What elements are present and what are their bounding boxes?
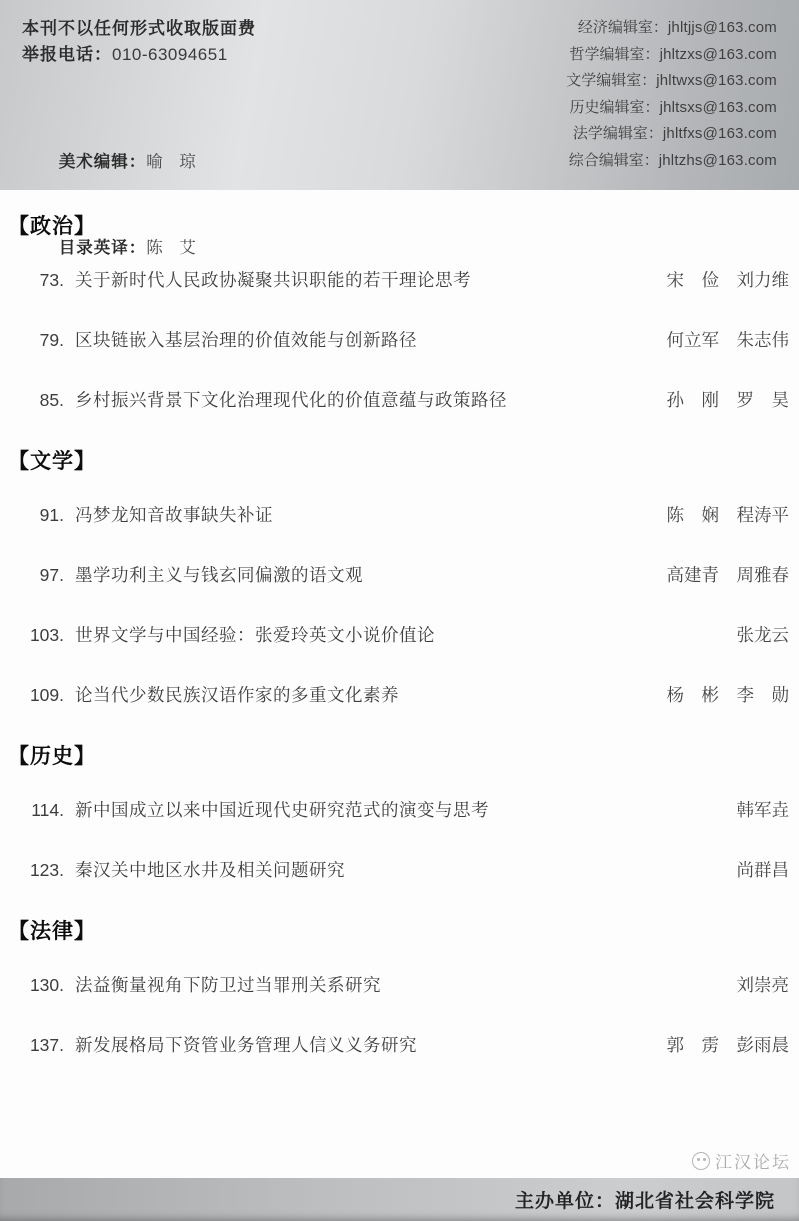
toc-entry: 73. 关于新时代人民政协凝聚共识职能的若干理论思考 宋 俭 刘力维 xyxy=(8,268,789,292)
article-title: 关于新时代人民政协凝聚共识职能的若干理论思考 xyxy=(75,268,471,292)
email-line-economics: 经济编辑室：jhltjjs@163.com xyxy=(566,18,777,38)
article-authors: 高建青 周雅春 xyxy=(655,563,790,587)
article-title: 法益衡量视角下防卫过当罪刑关系研究 xyxy=(75,973,381,997)
article-authors: 何立军 朱志伟 xyxy=(655,328,790,352)
article-title: 世界文学与中国经验：张爱玲英文小说价值论 xyxy=(75,623,435,647)
section-title-history: 【历史】 xyxy=(8,743,789,771)
article-title: 冯梦龙知音故事缺失补证 xyxy=(75,503,273,527)
article-authors: 杨 彬 李 勋 xyxy=(655,683,790,707)
journal-info-header: 本刊不以任何形式收取版面费 举报电话：010-63094651 美术编辑：喻 琼… xyxy=(0,0,799,190)
email-label: 历史编辑室： xyxy=(570,99,660,116)
email-address: jhltzhs@163.com xyxy=(659,152,777,169)
article-title: 新发展格局下资管业务管理人信义义务研究 xyxy=(75,1033,417,1057)
art-editor-label: 美术编辑： xyxy=(59,153,147,171)
page-number: 97. xyxy=(8,563,64,587)
toc-entry: 114. 新中国成立以来中国近现代史研究范式的演变与思考 韩军垚 xyxy=(8,798,789,822)
article-authors: 刘崇亮 xyxy=(725,973,790,997)
page-number: 91. xyxy=(8,503,64,527)
jianghan-forum-logo-icon xyxy=(692,1152,710,1170)
article-title: 秦汉关中地区水井及相关问题研究 xyxy=(75,858,345,882)
page-number: 114. xyxy=(8,798,64,822)
article-title: 论当代少数民族汉语作家的多重文化素养 xyxy=(75,683,399,707)
no-fee-notice: 本刊不以任何形式收取版面费 xyxy=(22,16,256,42)
article-authors: 郭 雳 彭雨晨 xyxy=(655,1033,790,1057)
email-address: jhltjjs@163.com xyxy=(668,19,777,36)
table-of-contents: 【政治】 73. 关于新时代人民政协凝聚共识职能的若干理论思考 宋 俭 刘力维 … xyxy=(0,213,799,1057)
watermark-text: 江汉论坛 xyxy=(715,1148,791,1173)
page-number: 123. xyxy=(8,858,64,882)
email-label: 经济编辑室： xyxy=(578,19,668,36)
toc-entry: 109. 论当代少数民族汉语作家的多重文化素养 杨 彬 李 勋 xyxy=(8,683,789,707)
email-label: 综合编辑室： xyxy=(569,152,659,169)
toc-translator-name: 陈 艾 xyxy=(146,239,196,257)
report-phone-label: 举报电话： xyxy=(22,45,112,64)
article-authors: 韩军垚 xyxy=(725,798,790,822)
toc-entry: 123. 秦汉关中地区水井及相关问题研究 尚群昌 xyxy=(8,858,789,882)
page-number: 73. xyxy=(8,268,64,292)
section-title-law: 【法律】 xyxy=(8,918,789,946)
toc-translator-label: 目录英译： xyxy=(59,239,147,257)
header-spacer xyxy=(22,69,256,119)
email-address: jhltzxs@163.com xyxy=(660,46,777,63)
toc-entry: 103. 世界文学与中国经验：张爱玲英文小说价值论 张龙云 xyxy=(8,623,789,647)
email-line-history: 历史编辑室：jhltsxs@163.com xyxy=(566,98,777,118)
email-address: jhltwxs@163.com xyxy=(656,72,777,89)
report-phone-number: 010-63094651 xyxy=(112,45,228,64)
page-number: 85. xyxy=(8,388,64,412)
jianghan-forum-watermark: 江汉论坛 xyxy=(692,1148,791,1173)
article-title: 乡村振兴背景下文化治理现代化的价值意蕴与政策路径 xyxy=(75,388,507,412)
section-title-literature: 【文学】 xyxy=(8,448,789,476)
toc-entry: 97. 墨学功利主义与钱玄同偏激的语文观 高建青 周雅春 xyxy=(8,563,789,587)
art-editor-line: 美术编辑：喻 琼 xyxy=(22,119,256,206)
toc-entry: 85. 乡村振兴背景下文化治理现代化的价值意蕴与政策路径 孙 刚 罗 昊 xyxy=(8,388,789,412)
article-title: 区块链嵌入基层治理的价值效能与创新路径 xyxy=(75,328,417,352)
article-authors: 孙 刚 罗 昊 xyxy=(655,388,790,412)
organizer-text: 主办单位：湖北省社会科学院 xyxy=(515,1186,775,1213)
page-number: 103. xyxy=(8,623,64,647)
article-authors: 张龙云 xyxy=(725,623,790,647)
email-address: jhltsxs@163.com xyxy=(660,99,777,116)
email-label: 法学编辑室： xyxy=(573,125,663,142)
editorial-emails-column: 经济编辑室：jhltjjs@163.com 哲学编辑室：jhltzxs@163.… xyxy=(566,16,779,176)
toc-entry: 137. 新发展格局下资管业务管理人信义义务研究 郭 雳 彭雨晨 xyxy=(8,1033,789,1057)
page-number: 137. xyxy=(8,1033,64,1057)
email-line-philosophy: 哲学编辑室：jhltzxs@163.com xyxy=(566,45,777,65)
page-number: 109. xyxy=(8,683,64,707)
toc-entry: 91. 冯梦龙知音故事缺失补证 陈 娴 程涛平 xyxy=(8,503,789,527)
toc-entry: 130. 法益衡量视角下防卫过当罪刑关系研究 刘崇亮 xyxy=(8,973,789,997)
page-number: 130. xyxy=(8,973,64,997)
organizer-footer: 主办单位：湖北省社会科学院 xyxy=(0,1178,799,1221)
page-number: 79. xyxy=(8,328,64,352)
article-title: 新中国成立以来中国近现代史研究范式的演变与思考 xyxy=(75,798,489,822)
journal-toc-page: 本刊不以任何形式收取版面费 举报电话：010-63094651 美术编辑：喻 琼… xyxy=(0,0,799,1221)
email-label: 哲学编辑室： xyxy=(570,46,660,63)
header-left-column: 本刊不以任何形式收取版面费 举报电话：010-63094651 美术编辑：喻 琼… xyxy=(22,16,256,176)
article-authors: 宋 俭 刘力维 xyxy=(655,268,790,292)
email-address: jhltfxs@163.com xyxy=(663,125,777,142)
article-authors: 尚群昌 xyxy=(725,858,790,882)
article-title: 墨学功利主义与钱玄同偏激的语文观 xyxy=(75,563,363,587)
email-line-general: 综合编辑室：jhltzhs@163.com xyxy=(566,151,777,171)
article-authors: 陈 娴 程涛平 xyxy=(655,503,790,527)
email-line-literature: 文学编辑室：jhltwxs@163.com xyxy=(566,71,777,91)
email-line-law: 法学编辑室：jhltfxs@163.com xyxy=(566,124,777,144)
art-editor-name: 喻 琼 xyxy=(146,153,196,171)
toc-entry: 79. 区块链嵌入基层治理的价值效能与创新路径 何立军 朱志伟 xyxy=(8,328,789,352)
report-phone-line: 举报电话：010-63094651 xyxy=(22,42,256,68)
email-label: 文学编辑室： xyxy=(566,72,656,89)
